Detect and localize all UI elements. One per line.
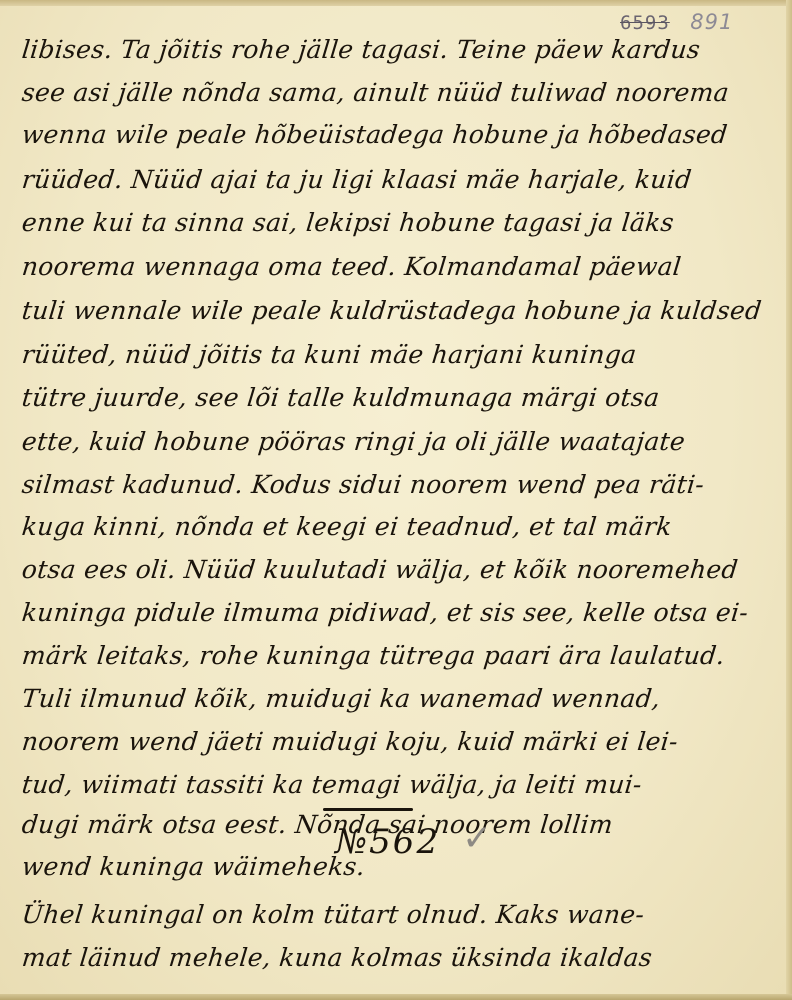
text-line: see asi jälle nõnda sama, ainult nüüd tu… xyxy=(20,78,773,107)
text-line: noorem wend jäeti muidugi koju, kuid mär… xyxy=(20,727,773,756)
text-line: Tuli ilmunud kõik, muidugi ka wanemad we… xyxy=(20,684,773,713)
text-line: rüüted, nüüd jõitis ta kuni mäe harjani … xyxy=(20,340,773,369)
text-line: wenna wile peale hõbeüistadega hobune ja… xyxy=(20,120,773,149)
archive-stamp: 6593 891 xyxy=(620,10,733,34)
text-line: silmast kadunud. Kodus sidui noorem wend… xyxy=(20,470,773,499)
pencil-checkmark-icon: ✓ xyxy=(462,818,492,859)
text-line: tud, wiimati tassiti ka temagi wälja, ja… xyxy=(20,770,773,799)
text-line: kuninga pidule ilmuma pidiwad, et sis se… xyxy=(20,598,773,627)
text-line: libises. Ta jõitis rohe jälle tagasi. Te… xyxy=(20,35,773,64)
text-line: tütre juurde, see lõi talle kuldmunaga m… xyxy=(20,383,773,412)
text-line: Ühel kuningal on kolm tütart olnud. Kaks… xyxy=(20,900,773,929)
paper-bottom-edge xyxy=(0,994,792,1000)
text-line: kuga kinni, nõnda et keegi ei teadnud, e… xyxy=(20,512,773,541)
text-line: tuli wennale wile peale kuldrüstadega ho… xyxy=(20,296,773,325)
text-line: noorema wennaga oma teed. Kolmandamal pä… xyxy=(20,252,773,281)
text-line: mat läinud mehele, kuna kolmas üksinda i… xyxy=(20,943,773,972)
paper-right-edge xyxy=(786,0,792,1000)
text-line: otsa ees oli. Nüüd kuulutadi wälja, et k… xyxy=(20,555,773,584)
section-divider xyxy=(323,808,413,811)
archive-number-struck: 6593 xyxy=(620,12,670,34)
text-line: ette, kuid hobune pööras ringi ja oli jä… xyxy=(20,427,773,456)
story-number: №562 xyxy=(335,822,440,862)
text-line: rüüded. Nüüd ajai ta ju ligi klaasi mäe … xyxy=(20,165,773,194)
text-line: märk leitaks, rohe kuninga tütrega paari… xyxy=(20,641,773,670)
pencil-page-number: 891 xyxy=(690,10,733,34)
text-line: enne kui ta sinna sai, lekipsi hobune ta… xyxy=(20,208,773,237)
